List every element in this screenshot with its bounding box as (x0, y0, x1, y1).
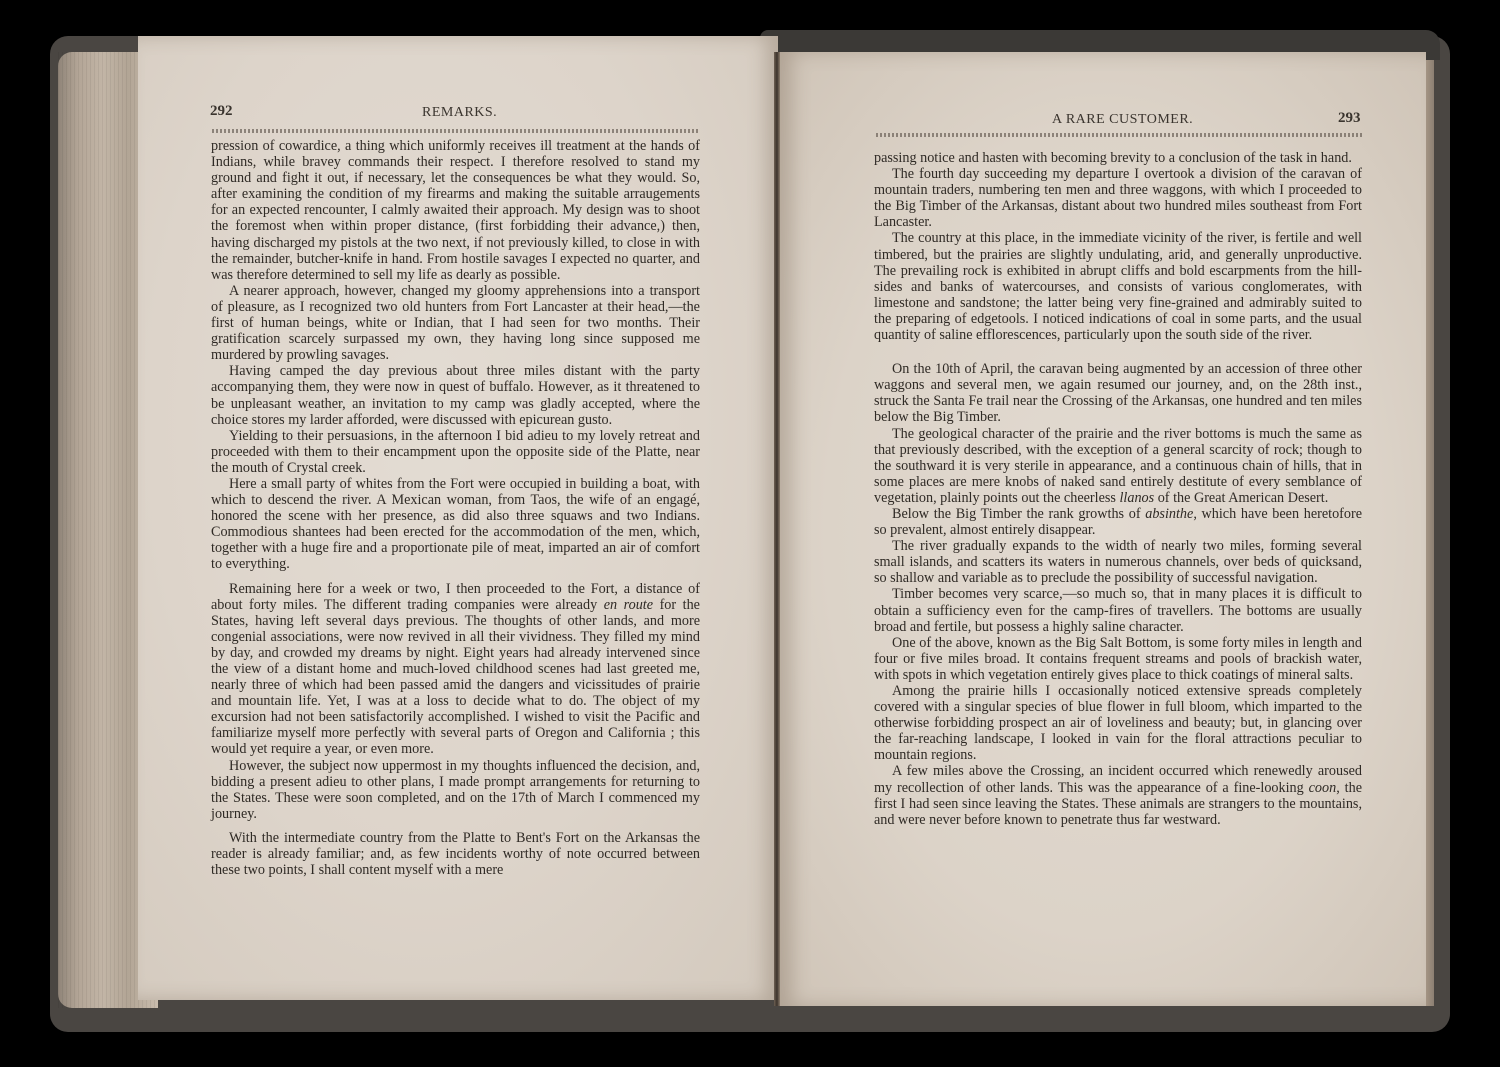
italic-phrase: llanos (1119, 490, 1154, 506)
right-page-body: passing notice and hasten with becoming … (874, 150, 1362, 828)
paragraph: The geological character of the prairie … (874, 426, 1362, 506)
paragraph: passing notice and hasten with becoming … (874, 150, 1362, 166)
paragraph: The river gradually expands to the width… (874, 538, 1362, 586)
paragraph: Yielding to their persuasions, in the af… (211, 428, 700, 476)
italic-phrase: en route (604, 597, 653, 613)
paragraph: A few miles above the Crossing, an incid… (874, 763, 1362, 827)
paragraph: The country at this place, in the immedi… (874, 230, 1362, 343)
paragraph: Timber becomes very scarce,—so much so, … (874, 586, 1362, 634)
book-gutter (774, 52, 780, 1006)
running-head-left: REMARKS. (422, 105, 497, 121)
page-number-right: 293 (1338, 110, 1361, 127)
paragraph: Among the prairie hills I occasionally n… (874, 683, 1362, 763)
paragraph: On the 10th of April, the caravan being … (874, 361, 1362, 425)
italic-phrase: absinthe (1145, 506, 1193, 522)
paragraph: Below the Big Timber the rank growths of… (874, 506, 1362, 538)
paragraph: Having camped the day previous about thr… (211, 363, 700, 427)
paragraph: A nearer approach, however, changed my g… (211, 283, 700, 363)
paragraph: The fourth day succeeding my departure I… (874, 166, 1362, 230)
header-rule-right (876, 133, 1362, 137)
paragraph: Remaining here for a week or two, I then… (211, 581, 700, 758)
left-page-body: pression of cowardice, a thing which uni… (211, 138, 700, 878)
paragraph: However, the subject now uppermost in my… (211, 758, 700, 822)
italic-phrase: coon (1309, 780, 1337, 796)
running-head-right: A RARE CUSTOMER. (1052, 112, 1193, 128)
paragraph: pression of cowardice, a thing which uni… (211, 138, 700, 283)
paragraph: With the intermediate country from the P… (211, 830, 700, 878)
paragraph: Here a small party of whites from the Fo… (211, 476, 700, 573)
page-number-left: 292 (210, 103, 233, 120)
header-rule-left (212, 129, 700, 133)
paragraph: One of the above, known as the Big Salt … (874, 635, 1362, 683)
